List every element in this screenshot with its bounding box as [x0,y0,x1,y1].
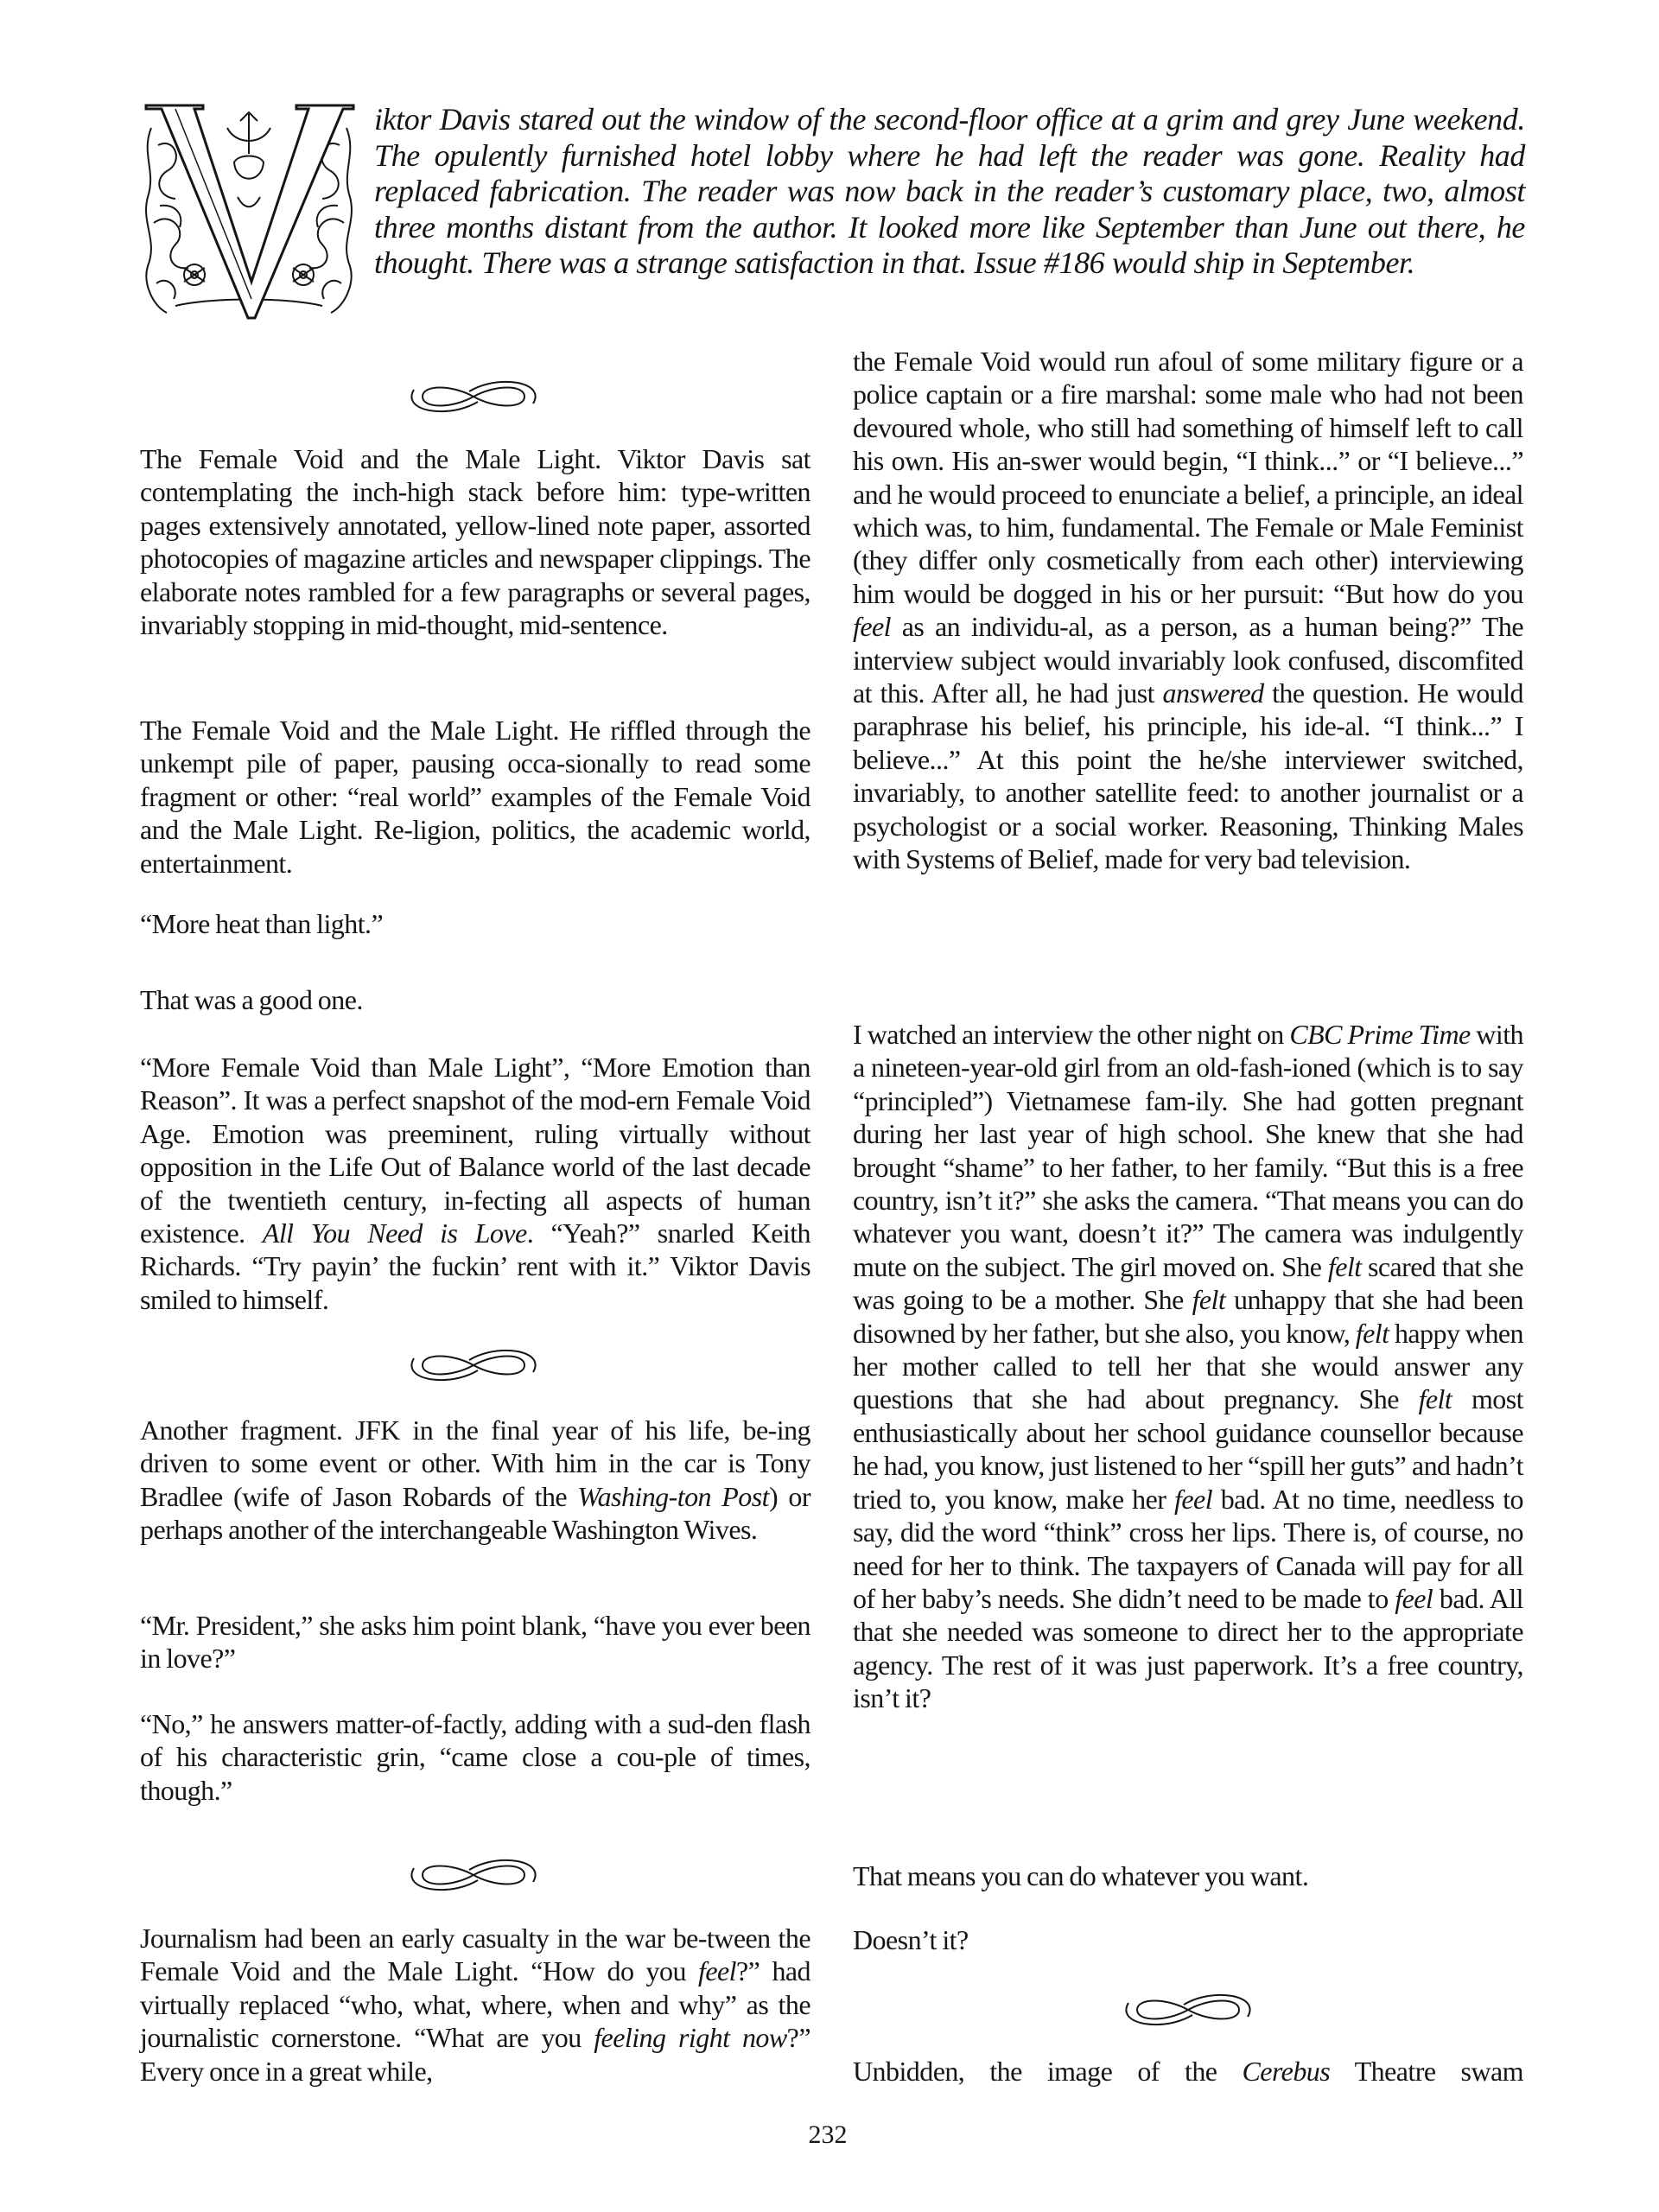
paragraph: “More heat than light.” [140,907,810,940]
paragraph: That was a good one. [140,983,810,1016]
text-run: with a nineteen-year-old girl from an ol… [853,1019,1523,1282]
paragraph: “Mr. President,” she asks him point blan… [140,1609,810,1675]
paragraph: “More Female Void than Male Light”, “Mor… [140,1051,810,1316]
paragraph: the Female Void would run afoul of some … [853,345,1523,876]
paragraph: That means you can do whatever you want. [853,1859,1523,1892]
flourish-divider-icon [409,1348,538,1382]
italic-emphasis: felt [1419,1383,1452,1414]
paragraph: The Female Void and the Male Light. Vikt… [140,442,810,641]
paragraph: Unbidden, the image of the Cerebus Theat… [853,2055,1523,2088]
italic-emphasis: answered [1163,677,1264,709]
italic-title: Cerebus [1243,2056,1331,2087]
italic-emphasis: felt [1328,1251,1362,1282]
flourish-divider-icon [409,379,538,414]
italic-emphasis: feel [1395,1583,1433,1614]
paragraph: Doesn’t it? [853,1923,1523,1956]
text-run: Unbidden, the image of the [853,2056,1243,2087]
italic-emphasis: feel [1174,1484,1212,1515]
text-run: the Female Void would run afoul of some … [853,346,1523,609]
italic-emphasis: feeling right now [594,2022,786,2053]
flourish-divider-icon [409,1858,538,1892]
book-page: iktor Davis stared out the window of the… [0,0,1659,2212]
intro-paragraph: iktor Davis stared out the window of the… [374,102,1525,282]
paragraph: Journalism had been an early casualty in… [140,1922,810,2088]
text-run: I watched an interview the other night o… [853,1019,1289,1050]
italic-publication-name: Washing-ton Post [577,1481,769,1512]
italic-emphasis: feel [698,1955,736,1986]
paragraph: The Female Void and the Male Light. He r… [140,714,810,880]
page-number: 232 [786,2121,869,2149]
italic-emphasis: felt [1192,1284,1226,1315]
ornate-dropcap-v-icon [141,102,357,320]
italic-song-title: All You Need is Love [263,1217,527,1249]
text-run: Theatre swam [1330,2056,1523,2087]
paragraph: I watched an interview the other night o… [853,1018,1523,1715]
flourish-divider-icon [1123,1993,1253,2027]
paragraph: “No,” he answers matter-of-factly, addin… [140,1707,810,1807]
italic-emphasis: felt [1356,1318,1389,1349]
italic-emphasis: feel [853,611,891,642]
paragraph: Another fragment. JFK in the final year … [140,1414,810,1547]
italic-program-name: CBC Prime Time [1289,1019,1470,1050]
